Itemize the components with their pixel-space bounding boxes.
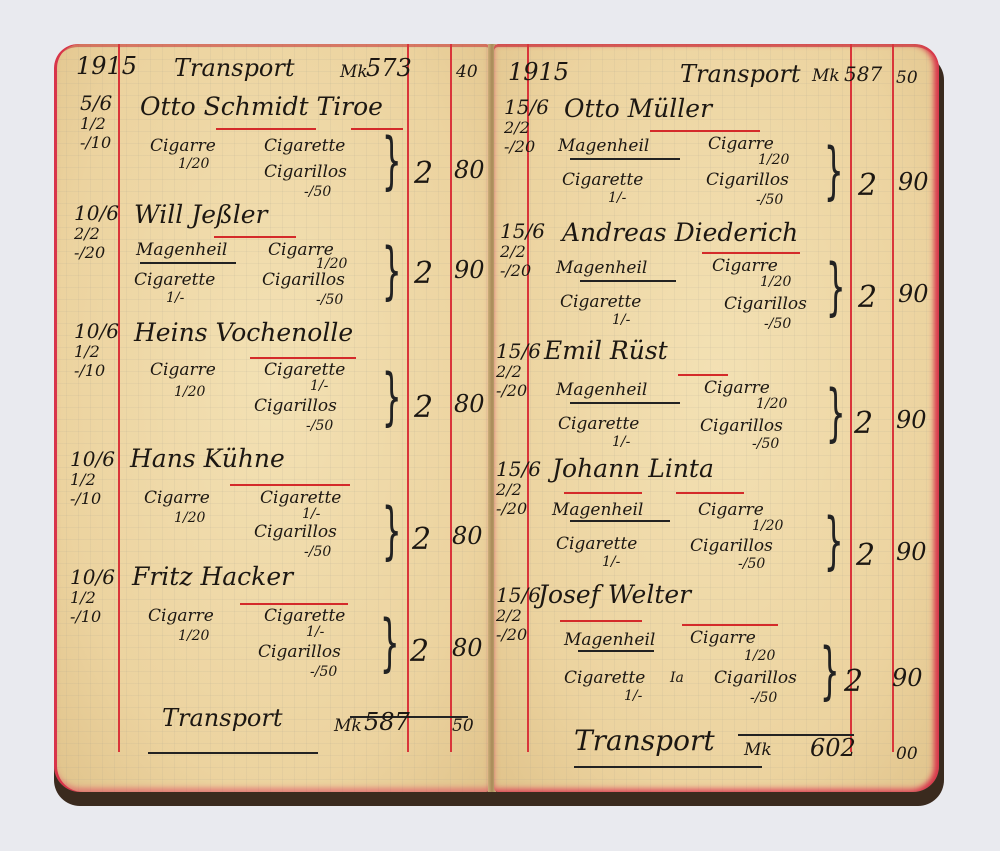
item-price: -/50: [738, 556, 765, 572]
carry-out-underline: [574, 766, 762, 768]
item-price: 1/-: [608, 190, 626, 206]
item-underline: [570, 158, 680, 160]
item-name: Cigarillos: [262, 270, 345, 290]
item-price: -/50: [304, 544, 331, 560]
item-underline: [140, 262, 236, 264]
brace-icon: }: [382, 500, 402, 562]
brace-icon: }: [382, 240, 402, 302]
item-name: Cigarillos: [264, 162, 347, 182]
item-name: Magenheil: [556, 380, 647, 400]
item-name: Cigarette: [264, 136, 345, 156]
entry-date: 10/6: [74, 202, 119, 224]
amount-marks: 2: [854, 406, 873, 441]
item-price: 1/-: [612, 434, 630, 450]
item-name: Cigarillos: [254, 396, 337, 416]
item-price: -/50: [752, 436, 779, 452]
entry-date-block: 10/6 1/2 -/10: [70, 448, 115, 508]
item-price: -/50: [756, 192, 783, 208]
ledger-notebook: 1915 Transport Mk 573 40 5/6 1/2 -/10 Ot…: [48, 44, 948, 804]
entry-date: 10/6: [70, 448, 115, 470]
entry-date-block: 15/6 2/2 -/20: [504, 96, 549, 156]
entry-unit-price: -/10: [70, 607, 115, 626]
item-price: 1/-: [310, 378, 328, 394]
entry-date-block: 15/6 2/2 -/20: [496, 340, 541, 400]
name-underline: [676, 492, 744, 494]
item-name: Cigarette: [264, 360, 345, 380]
amount-marks: 2: [414, 156, 433, 191]
item-name: Cigarre: [150, 136, 216, 156]
carry-in-label: Transport: [680, 60, 801, 88]
amount-pfennig: 80: [454, 390, 485, 418]
carry-in-pfennig: 40: [456, 62, 478, 82]
entry-qty: 2/2: [496, 480, 541, 499]
entry-qty: 2/2: [74, 224, 119, 243]
item-price: 1/20: [752, 518, 783, 534]
right-page: 1915 Transport Mk 587 50 15/6 2/2 -/20 O…: [494, 44, 939, 792]
item-name: Cigarette: [560, 292, 641, 312]
entry-qty: 1/2: [80, 114, 112, 133]
page-year: 1915: [76, 52, 137, 80]
entry-unit-price: -/20: [74, 243, 119, 262]
entry-date: 15/6: [496, 584, 541, 606]
page-year: 1915: [508, 58, 569, 86]
amount-marks: 2: [412, 522, 431, 557]
item-underline: [570, 402, 680, 404]
entry-date: 15/6: [500, 220, 545, 242]
name-underline: [214, 236, 296, 238]
item-name: Cigarre: [144, 488, 210, 508]
entry-date-block: 5/6 1/2 -/10: [80, 92, 112, 152]
amount-marks: 2: [858, 280, 877, 315]
customer-name: Otto Müller: [564, 94, 712, 123]
amount-marks: 2: [410, 634, 429, 669]
entry-date-block: 10/6 1/2 -/10: [70, 566, 115, 626]
carry-in-pfennig: 50: [896, 68, 918, 88]
entry-qty: 2/2: [496, 606, 541, 625]
item-price: 1/20: [174, 384, 205, 400]
carry-out-pfennig: 00: [896, 744, 918, 764]
name-underline: [682, 624, 778, 626]
amount-marks: 2: [856, 538, 875, 573]
item-name: Cigarette: [558, 414, 639, 434]
carry-out-label: Transport: [574, 724, 715, 757]
entry-date-block: 15/6 2/2 -/20: [500, 220, 545, 280]
item-name: Cigarre: [704, 378, 770, 398]
item-price: -/50: [750, 690, 777, 706]
item-price: -/50: [764, 316, 791, 332]
amount-pfennig: 80: [452, 522, 483, 550]
item-name: Cigarette: [264, 606, 345, 626]
brace-icon: }: [382, 130, 402, 192]
entry-date-block: 10/6 1/2 -/10: [74, 320, 119, 380]
entry-unit-price: -/20: [496, 381, 541, 400]
item-price: 1/20: [760, 274, 791, 290]
pfennig-column-rule: [892, 44, 894, 752]
item-name: Cigarette: [260, 488, 341, 508]
item-underline: [578, 650, 654, 652]
item-price: -/50: [310, 664, 337, 680]
item-price: 1/20: [178, 156, 209, 172]
amount-marks: 2: [858, 168, 877, 203]
entry-date-block: 15/6 2/2 -/20: [496, 458, 541, 518]
item-name: Cigarette: [556, 534, 637, 554]
customer-name: Josef Welter: [538, 580, 691, 609]
entry-date: 10/6: [74, 320, 119, 342]
entry-date: 15/6: [504, 96, 549, 118]
customer-name: Johann Linta: [552, 454, 714, 483]
item-price: 1/-: [624, 688, 642, 704]
entry-date-block: 15/6 2/2 -/20: [496, 584, 541, 644]
item-price: -/50: [304, 184, 331, 200]
item-price: 1/-: [306, 624, 324, 640]
item-price: 1/20: [756, 396, 787, 412]
entry-date-block: 10/6 2/2 -/20: [74, 202, 119, 262]
item-name: Cigarette: [134, 270, 215, 290]
entry-qty: 1/2: [74, 342, 119, 361]
brace-icon: }: [824, 140, 844, 202]
entry-qty: 1/2: [70, 470, 115, 489]
item-name: Cigarette: [564, 668, 645, 688]
carry-out-marks: 587: [364, 708, 410, 736]
item-name: Cigarre: [148, 606, 214, 626]
carry-out-underline: [148, 752, 318, 754]
name-underline: [240, 603, 348, 605]
entry-date: 15/6: [496, 340, 541, 362]
date-column-rule: [118, 44, 120, 752]
customer-name: Fritz Hacker: [132, 562, 293, 591]
amount-pfennig: 90: [896, 538, 927, 566]
item-name: Cigarillos: [254, 522, 337, 542]
entry-unit-price: -/20: [496, 499, 541, 518]
brace-icon: }: [826, 382, 846, 444]
item-price: 1/-: [602, 554, 620, 570]
item-name: Cigarre: [690, 628, 756, 648]
item-price: 1/20: [758, 152, 789, 168]
amount-pfennig: 90: [898, 280, 929, 308]
carry-in-marks: 587: [844, 62, 882, 86]
item-price: -/50: [306, 418, 333, 434]
left-page: 1915 Transport Mk 573 40 5/6 1/2 -/10 Ot…: [54, 44, 490, 792]
amount-marks: 2: [414, 256, 433, 291]
amount-marks: 2: [414, 390, 433, 425]
item-name: Cigarillos: [714, 668, 797, 688]
entry-unit-price: -/10: [70, 489, 115, 508]
entry-unit-price: -/10: [80, 133, 112, 152]
item-price: 1/20: [174, 510, 205, 526]
entry-unit-price: -/20: [504, 137, 549, 156]
item-grade-note: Ia: [670, 670, 684, 686]
item-underline: [570, 520, 670, 522]
item-name: Cigarillos: [700, 416, 783, 436]
customer-name: Heins Vochenolle: [134, 318, 353, 347]
item-name: Cigarillos: [706, 170, 789, 190]
item-name: Magenheil: [558, 136, 649, 156]
amount-pfennig: 80: [454, 156, 485, 184]
name-underline: [650, 130, 760, 132]
carry-in-label: Transport: [174, 54, 295, 82]
brace-icon: }: [824, 510, 844, 572]
brace-icon: }: [380, 612, 400, 674]
item-name: Cigarette: [562, 170, 643, 190]
item-name: Magenheil: [564, 630, 655, 650]
carry-out-label: Transport: [162, 704, 283, 732]
carry-in-marks: 573: [366, 54, 412, 82]
customer-name: Otto Schmidt Tiroe: [140, 92, 383, 121]
carry-in-unit: Mk: [812, 66, 840, 86]
carry-out-marks: 602: [810, 734, 856, 762]
name-underline: [216, 128, 316, 130]
entry-date: 10/6: [70, 566, 115, 588]
customer-name: Will Jeßler: [134, 200, 267, 229]
entry-date: 15/6: [496, 458, 541, 480]
amount-pfennig: 90: [898, 168, 929, 196]
name-underline: [230, 484, 350, 486]
amount-pfennig: 90: [454, 256, 485, 284]
entry-qty: 1/2: [70, 588, 115, 607]
carry-out-unit: Mk: [744, 740, 772, 760]
customer-name: Andreas Diederich: [562, 218, 798, 247]
brace-icon: }: [382, 366, 402, 428]
item-name: Magenheil: [552, 500, 643, 520]
amount-pfennig: 90: [896, 406, 927, 434]
item-name: Cigarillos: [258, 642, 341, 662]
item-price: 1/20: [178, 628, 209, 644]
name-underline: [560, 620, 642, 622]
entry-unit-price: -/20: [496, 625, 541, 644]
name-underline: [678, 374, 728, 376]
amount-pfennig: 90: [892, 664, 923, 692]
carry-out-unit: Mk: [334, 716, 362, 736]
item-price: 1/-: [166, 290, 184, 306]
entry-unit-price: -/10: [74, 361, 119, 380]
entry-qty: 2/2: [496, 362, 541, 381]
entry-date: 5/6: [80, 92, 112, 114]
item-name: Cigarre: [708, 134, 774, 154]
item-price: 1/-: [302, 506, 320, 522]
marks-column-rule: [850, 44, 852, 752]
carry-out-pfennig: 50: [452, 716, 474, 736]
name-underline: [702, 252, 800, 254]
item-name: Cigarre: [712, 256, 778, 276]
entry-unit-price: -/20: [500, 261, 545, 280]
marks-column-rule: [407, 44, 409, 752]
item-name: Magenheil: [556, 258, 647, 278]
item-name: Cigarillos: [690, 536, 773, 556]
item-name: Cigarre: [698, 500, 764, 520]
entry-qty: 2/2: [504, 118, 549, 137]
amount-marks: 2: [844, 664, 863, 699]
name-underline: [250, 357, 356, 359]
carry-in-unit: Mk: [340, 62, 368, 82]
item-name: Cigarillos: [724, 294, 807, 314]
entry-qty: 2/2: [500, 242, 545, 261]
item-price: -/50: [316, 292, 343, 308]
amount-pfennig: 80: [452, 634, 483, 662]
customer-name: Hans Kühne: [130, 444, 285, 473]
item-price: 1/-: [612, 312, 630, 328]
item-name: Cigarre: [150, 360, 216, 380]
brace-icon: }: [826, 256, 846, 318]
item-name: Magenheil: [136, 240, 227, 260]
item-price: 1/20: [744, 648, 775, 664]
customer-name: Emil Rüst: [544, 336, 668, 365]
item-underline: [580, 280, 676, 282]
brace-icon: }: [820, 640, 840, 702]
name-underline: [564, 492, 642, 494]
